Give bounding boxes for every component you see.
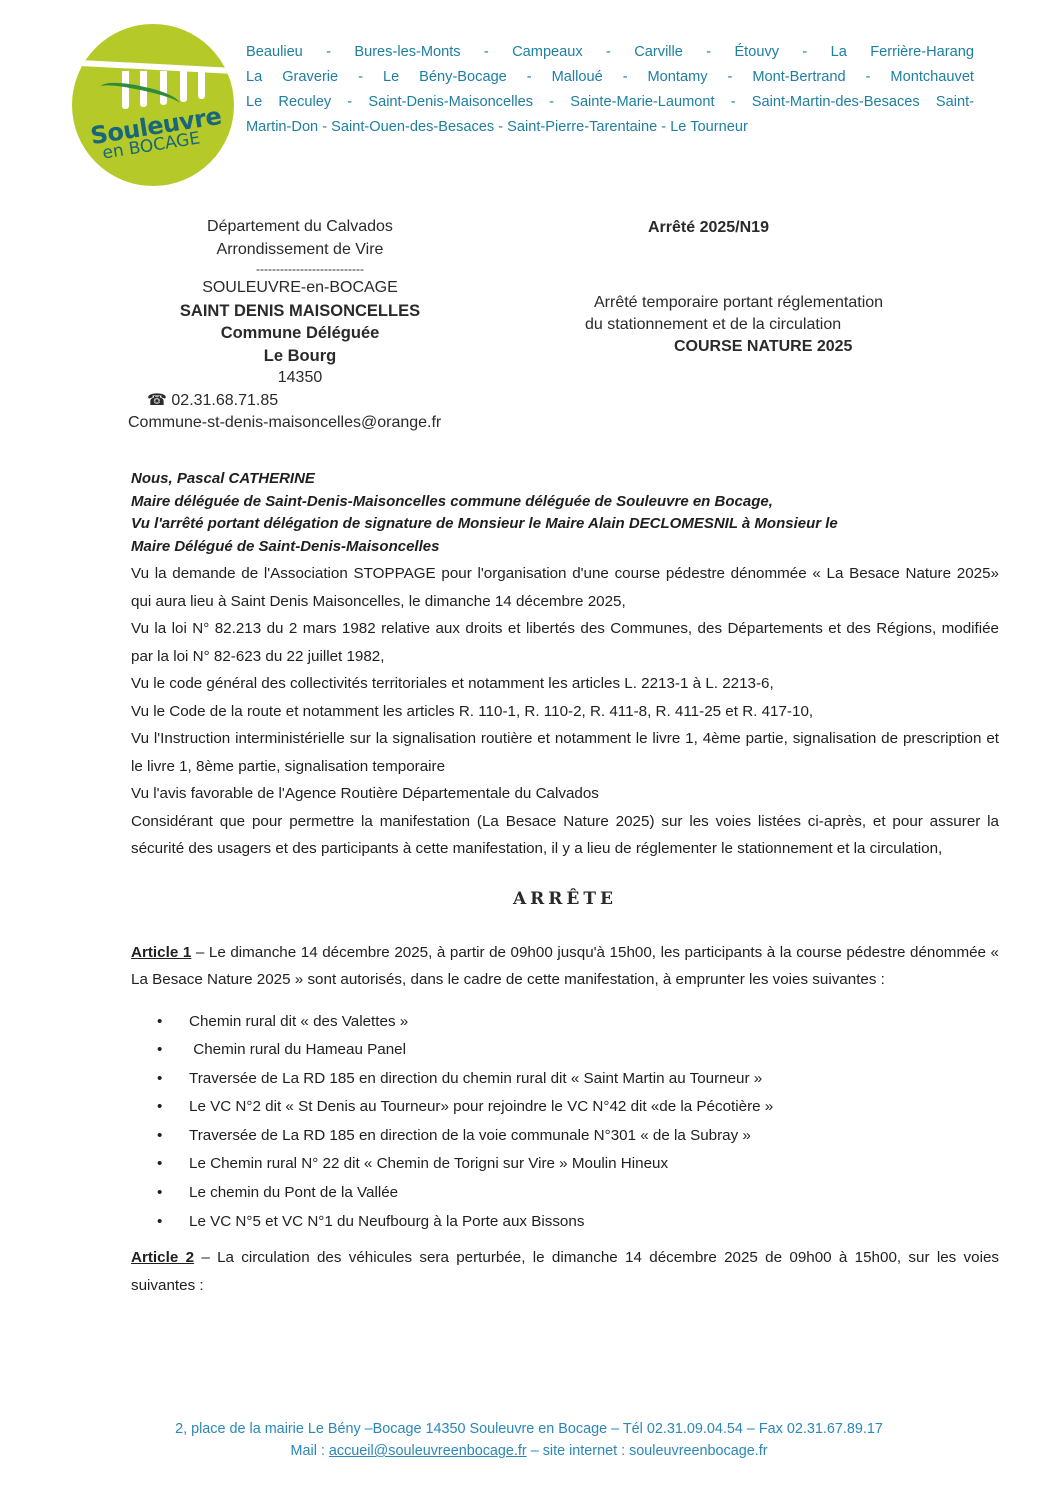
list-item: •Le chemin du Pont de la Vallée [157, 1179, 999, 1208]
article-2-text: – La circulation des véhicules sera pert… [131, 1249, 999, 1294]
communes-line: La Graverie - Le Bény-Bocage - Malloué -… [246, 65, 974, 90]
list-item: •Chemin rural dit « des Valettes » [157, 1008, 999, 1037]
phone-number: 02.31.68.71.85 [171, 392, 278, 409]
delegation-line: Maire Délégué de Saint-Denis-Maisoncelle… [131, 536, 999, 559]
delegation-line: Vu l'arrêté portant délégation de signat… [131, 513, 999, 536]
article-1-text: – Le dimanche 14 décembre 2025, à partir… [131, 944, 999, 989]
vu-loi: Vu la loi N° 82.213 du 2 mars 1982 relat… [131, 615, 999, 670]
vu-demande: Vu la demande de l'Association STOPPAGE … [131, 560, 999, 615]
arrete-description: Arrêté temporaire portant réglementation… [585, 292, 965, 358]
bridge-pillar [180, 71, 187, 102]
commune-deleguee-label: Commune Déléguée [130, 322, 470, 345]
bullet-icon: • [157, 1036, 162, 1065]
postcode: 14350 [130, 367, 470, 390]
article-2-label: Article 2 [131, 1249, 194, 1266]
bullet-icon: • [157, 1065, 162, 1094]
bridge-pillar [198, 71, 205, 99]
bullet-icon: • [157, 1008, 162, 1037]
vu-instruction: Vu l'Instruction interministérielle sur … [131, 725, 999, 780]
footer-mail-label: Mail : [291, 1443, 329, 1459]
bullet-icon: • [157, 1179, 162, 1208]
separator: --------------------------- [150, 261, 470, 277]
arrondissement: Arrondissement de Vire [130, 239, 470, 262]
commune-nouvelle: SOULEUVRE-en-BOCAGE [130, 277, 470, 300]
footer-address: 2, place de la mairie Le Bény –Bocage 14… [0, 1418, 1058, 1440]
list-item: •Le VC N°5 et VC N°1 du Neufbourg à la P… [157, 1208, 999, 1237]
vu-avis: Vu l'avis favorable de l'Agence Routière… [131, 780, 999, 808]
bullet-icon: • [157, 1122, 162, 1151]
vu-code-route: Vu le Code de la route et notamment les … [131, 698, 999, 726]
commune-deleguee-name: SAINT DENIS MAISONCELLES [130, 300, 470, 323]
list-item: • Chemin rural du Hameau Panel [157, 1036, 999, 1065]
arrete-desc-line: du stationnement et de la circulation [585, 314, 965, 336]
communes-line: Martin-Don - Saint-Ouen-des-Besaces - Sa… [246, 115, 974, 140]
bullet-icon: • [157, 1150, 162, 1179]
arrete-desc-line: Arrêté temporaire portant réglementation [585, 292, 965, 314]
footer-mail-link[interactable]: accueil@souleuvreenbocage.fr [329, 1443, 527, 1459]
list-item: •Traversée de La RD 185 en direction du … [157, 1065, 999, 1094]
departement: Département du Calvados [130, 216, 470, 239]
lieu: Le Bourg [130, 345, 470, 368]
list-item: •Le VC N°2 dit « St Denis au Tourneur» p… [157, 1093, 999, 1122]
bridge-graphic [82, 60, 232, 74]
mayor-title: Maire déléguée de Saint-Denis-Maisoncell… [131, 491, 999, 514]
email-address[interactable]: Commune-st-denis-maisoncelles@orange.fr [128, 412, 470, 435]
communes-list: Beaulieu - Bures-les-Monts - Campeaux - … [246, 40, 974, 140]
souleuvre-logo: Souleuvre en BOCAGE [72, 24, 234, 186]
footer-contact: Mail : accueil@souleuvreenbocage.fr – si… [0, 1440, 1058, 1462]
footer-site: – site internet : souleuvreenbocage.fr [527, 1443, 768, 1459]
considerant: Considérant que pour permettre la manife… [131, 808, 999, 863]
bullet-icon: • [157, 1208, 162, 1237]
sender-address-block: Département du Calvados Arrondissement d… [130, 216, 470, 435]
list-item: •Le Chemin rural N° 22 dit « Chemin de T… [157, 1150, 999, 1179]
arrete-subject: COURSE NATURE 2025 [585, 336, 965, 358]
communes-line: Beaulieu - Bures-les-Monts - Campeaux - … [246, 40, 974, 65]
bullet-icon: • [157, 1093, 162, 1122]
phone-line: ☎ 02.31.68.71.85 [130, 390, 470, 413]
communes-line: Le Reculey - Saint-Denis-Maisoncelles - … [246, 90, 974, 115]
article-2: Article 2 – La circulation des véhicules… [131, 1244, 999, 1299]
article-1-label: Article 1 [131, 944, 191, 961]
arrete-number: Arrêté 2025/N19 [648, 219, 769, 237]
list-item: •Traversée de La RD 185 en direction de … [157, 1122, 999, 1151]
telephone-icon: ☎ [147, 392, 167, 409]
article-1: Article 1 – Le dimanche 14 décembre 2025… [131, 939, 999, 994]
vu-cgct: Vu le code général des collectivités ter… [131, 670, 999, 698]
mayor-name: Nous, Pascal CATHERINE [131, 468, 999, 491]
arrete-heading: ARRÊTE [131, 889, 999, 909]
article-1-voies-list: •Chemin rural dit « des Valettes » • Che… [131, 1008, 999, 1237]
document-body: Nous, Pascal CATHERINE Maire déléguée de… [131, 468, 999, 1299]
footer: 2, place de la mairie Le Bény –Bocage 14… [0, 1418, 1058, 1462]
